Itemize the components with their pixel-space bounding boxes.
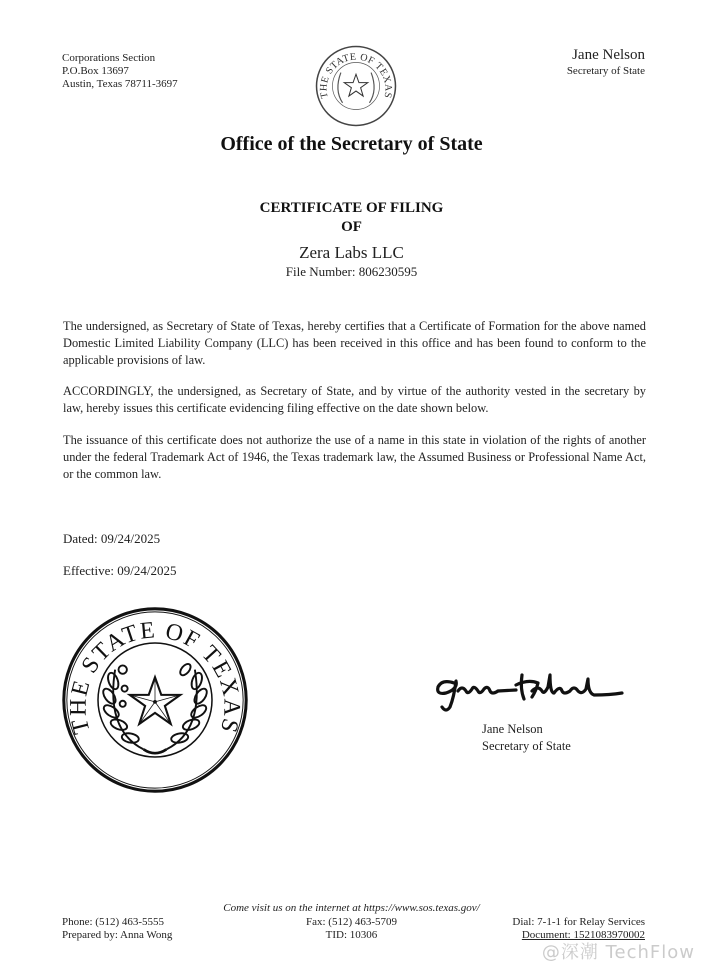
texas-seal-icon: THE STATE OF TEXAS — [314, 42, 398, 130]
address-line-1: Corporations Section — [62, 52, 178, 65]
certificate-title-line-1: CERTIFICATE OF FILING — [0, 199, 703, 218]
signer-title: Secretary of State — [482, 738, 571, 755]
header-official-title: Secretary of State — [567, 64, 645, 78]
relay-dial: Dial: 7-1-1 for Relay Services — [512, 916, 645, 929]
header-official-name: Jane Nelson — [567, 47, 645, 64]
accordingly-paragraph: ACCORDINGLY, the undersigned, as Secreta… — [63, 383, 646, 417]
certification-paragraph: The undersigned, as Secretary of State o… — [63, 318, 646, 370]
office-title: Office of the Secretary of State — [0, 133, 703, 156]
dated-line: Dated: 09/24/2025 — [63, 531, 160, 547]
texas-great-seal-icon: THE STATE OF TEXAS — [60, 604, 250, 796]
entity-info: Zera Labs LLC File Number: 806230595 — [0, 243, 703, 280]
certificate-title-line-2: OF — [0, 218, 703, 237]
entity-name: Zera Labs LLC — [0, 243, 703, 263]
website-note: Come visit us on the internet at https:/… — [0, 902, 703, 914]
file-number: File Number: 806230595 — [0, 263, 703, 280]
signature-block: Jane Nelson Secretary of State — [482, 721, 571, 755]
header-official: Jane Nelson Secretary of State — [567, 47, 645, 78]
office-address: Corporations Section P.O.Box 13697 Austi… — [62, 52, 178, 91]
signature-icon — [432, 665, 632, 715]
address-line-3: Austin, Texas 78711-3697 — [62, 78, 178, 91]
address-line-2: P.O.Box 13697 — [62, 65, 178, 78]
certificate-title: CERTIFICATE OF FILING OF — [0, 199, 703, 237]
effective-line: Effective: 09/24/2025 — [63, 563, 176, 579]
signer-name: Jane Nelson — [482, 721, 571, 738]
watermark: @深潮 TechFlow — [542, 938, 695, 964]
disclaimer-paragraph: The issuance of this certificate does no… — [63, 432, 646, 484]
